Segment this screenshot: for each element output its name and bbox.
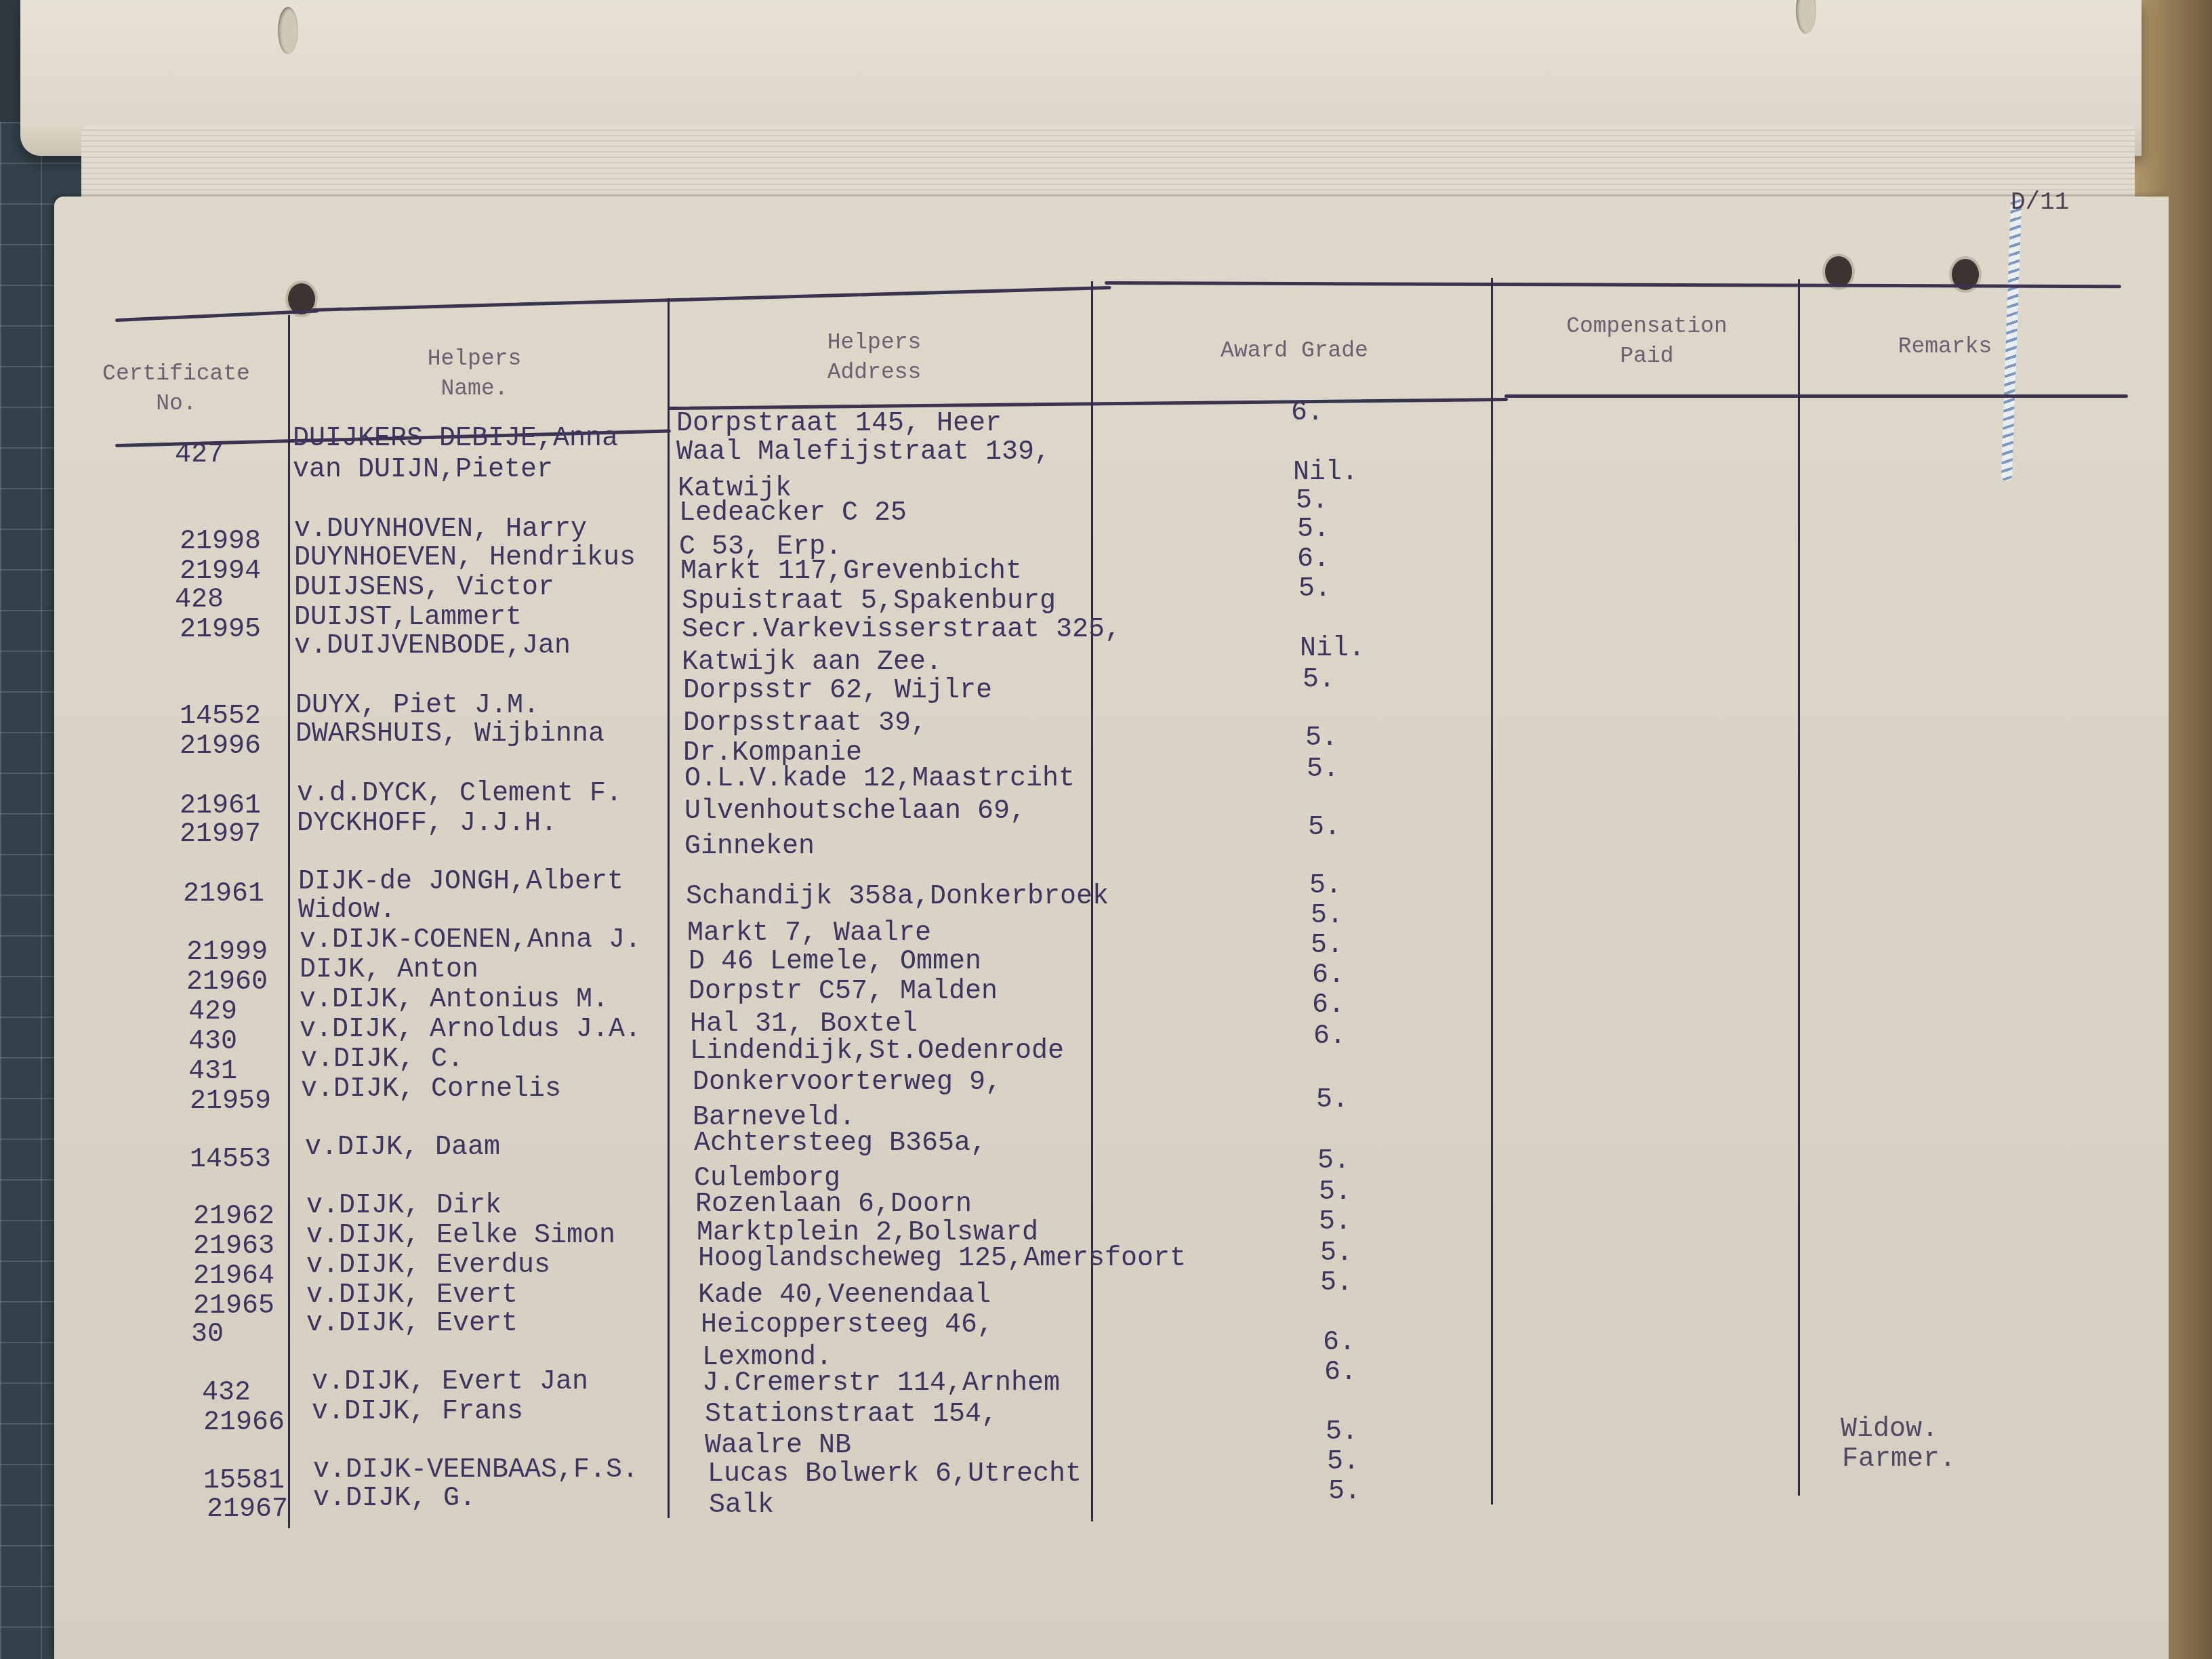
header-bottom-rule [1504,394,2128,398]
helper-name: Widow. [298,896,396,926]
certificate-no: 431 [142,1057,237,1087]
certificate-no: 21997 [166,820,261,850]
helper-address: Rozenlaan 6,Doorn [695,1190,972,1220]
award-grade: 5. [1297,515,1330,545]
helper-address: Markt 7, Waalre [687,919,931,949]
helper-address: Secr.Varkevisserstraat 325, [682,615,1121,645]
helper-address: D 46 Lemele, Ommen [689,947,981,977]
award-grade: 5. [1316,1086,1349,1115]
helper-name: DUYX, Piet J.M. [295,691,539,721]
header-line: Helpers [739,328,1010,358]
certificate-no: 15581 [190,1467,285,1496]
helper-address: Hal 31, Boxtel [690,1010,918,1040]
page-code: D/11 [2011,188,2069,216]
certificate-no: 21963 [180,1232,274,1262]
helper-address: Stationstraat 154, [705,1400,998,1430]
award-grade: Nil. [1300,634,1365,664]
helper-name: DUIJSENS, Victor [294,573,554,603]
certificate-no: 428 [129,586,224,615]
helper-name: v.d.DYCK, Clement F. [297,779,622,809]
award-grade: 5. [1308,813,1340,843]
helper-name: v.DIJK, Cornelis [301,1075,561,1105]
column-divider [1798,279,1800,1496]
helper-name: v.DIJK, C. [301,1045,464,1075]
certificate-no: 21995 [166,615,261,645]
certificate-no: 21965 [180,1292,274,1322]
award-grade: 6. [1313,1022,1346,1052]
certificate-no: 21962 [180,1202,274,1232]
header-line: Name. [339,374,610,404]
helper-name: v.DIJK, Evert [306,1281,518,1311]
header-line: Address [739,358,1010,388]
helper-name: v.DIJK, Daam [305,1133,500,1163]
header-remarks: Remarks [1816,332,2074,362]
certificate-no: 427 [129,441,224,470]
award-grade: Nil. [1293,458,1358,488]
helper-address: Schandijk 358a,Donkerbroek [686,882,1109,912]
header-helpers-name: Helpers Name. [339,344,610,404]
helper-address: O.L.V.kade 12,Maastrciht [684,764,1075,794]
header-line: Remarks [1816,332,2074,362]
header-line: Certificate [95,359,258,389]
award-grade: 5. [1309,872,1342,901]
helper-name: DIJK-de JONGH,Albert [298,867,623,897]
column-divider [1491,278,1493,1504]
header-line: Paid [1511,342,1782,371]
award-grade: 5. [1317,1147,1350,1176]
certificate-no: 21996 [166,732,261,762]
award-grade: 5. [1326,1418,1358,1448]
helper-address: Hooglandscheweg 125,Amersfoort [698,1244,1186,1274]
certificate-no: 21998 [166,527,261,557]
certificate-no: 21999 [173,938,268,968]
award-grade: 5. [1328,1477,1361,1507]
helper-name: DIJK, Anton [300,956,478,985]
header-award-grade: Award Grade [1152,336,1437,366]
punch-hole [278,7,298,54]
helper-address: Ulvenhoutschelaan 69, [684,797,1026,827]
helper-name: DUIJKERS-DEBIJE,Anna [293,424,618,454]
award-grade: 5. [1305,724,1338,754]
helper-address: Waal Malefijstraat 139, [676,438,1050,468]
helper-address: Dorpstr C57, Malden [689,977,998,1007]
award-grade: 5. [1327,1448,1359,1477]
helper-address: Achtersteeg B365a, [694,1129,987,1159]
certificate-no: 30 [129,1320,224,1350]
certificate-no: 21961 [166,792,261,821]
helper-address: J.Cremerstr 114,Arnhem [702,1369,1060,1399]
header-line: Compensation [1511,312,1782,342]
helper-name: DYCKHOFF, J.J.H. [297,809,557,839]
award-grade: 6. [1312,961,1345,991]
award-grade: 5. [1311,901,1343,931]
remark: Farmer. [1842,1445,1956,1475]
helper-name: v.DIJK-COENEN,Anna J. [300,926,641,956]
punch-hole [1796,0,1816,34]
certificate-no: 14553 [176,1145,271,1175]
certificate-no: 430 [142,1027,237,1057]
award-grade: 6. [1323,1328,1355,1358]
award-grade: 5. [1319,1178,1351,1208]
helper-name: v.DIJK, Eelke Simon [306,1221,615,1251]
helper-address: Kade 40,Veenendaal [698,1281,991,1311]
helper-name: v.DIJK, G. [313,1484,476,1514]
award-grade: 6. [1312,991,1345,1021]
helper-address: Waalre NB [705,1431,851,1461]
column-divider [668,298,670,1518]
helper-name: v.DIJK, Frans [312,1397,523,1427]
header-compensation-paid: Compensation Paid [1511,312,1782,371]
award-grade: 6. [1324,1358,1357,1388]
helper-name: v.DIJK, Arnoldus J.A. [300,1015,641,1045]
award-grade: 5. [1303,665,1335,695]
certificate-no: 21960 [173,968,268,998]
helper-address: Heicoppersteeg 46, [701,1311,994,1340]
certificate-no: 14552 [166,702,261,732]
helper-name: v.DIJK, Everdus [306,1251,550,1281]
helper-name: DUYNHOEVEN, Hendrikus [294,544,636,573]
award-grade: 5. [1311,931,1343,961]
certificate-no: 21961 [169,880,264,909]
helper-name: v.DUYNHOVEN, Harry [294,515,587,545]
award-grade: 5. [1307,755,1339,785]
header-line: Helpers [339,344,610,374]
helper-address: Ledeacker C 25 [679,499,907,529]
helper-address: Markt 117,Grevenbicht [680,557,1022,587]
helper-address: Spuistraat 5,Spakenburg [682,587,1056,617]
header-helpers-address: Helpers Address [739,328,1010,388]
certificate-no: 21964 [180,1262,274,1292]
helper-address: Dorpstraat 145, Heer [676,409,1002,439]
helper-address: Salk [709,1491,774,1521]
certificate-no: 432 [156,1378,251,1408]
remark: Widow. [1841,1415,1938,1445]
helper-address: Katwijk aan Zee. [682,648,942,678]
helper-name: v.DIJK, Antonius M. [300,985,609,1015]
helper-address: Dorpsstr 62, Wijlre [683,676,992,706]
certificate-no: 429 [142,998,237,1027]
page-stack-edges [81,125,2135,200]
column-divider [288,315,290,1528]
helper-address: Ginneken [684,832,815,862]
header-line: Award Grade [1152,336,1437,366]
award-grade: 5. [1296,487,1328,516]
helper-name: v.DIJK, Dirk [306,1191,501,1221]
punch-hole-middle [1825,256,1852,287]
certificate-no: 21966 [190,1408,285,1438]
helper-address: Donkervoorterweg 9, [693,1068,1002,1098]
award-grade: 6. [1291,398,1324,428]
helper-address: Lindendijk,St.Oedenrode [690,1037,1064,1067]
helper-name: v.DUIJVENBODE,Jan [294,632,571,661]
helper-name: DWARSHUIS, Wijbinna [295,720,605,750]
certificate-no: 21994 [166,557,261,587]
award-grade: 6. [1297,545,1330,575]
helper-name: v.DIJK-VEENBAAS,F.S. [313,1456,638,1486]
award-grade: 5. [1320,1239,1353,1269]
certificate-no: 21967 [193,1495,288,1525]
award-grade: 5. [1320,1269,1353,1298]
helper-address: Dorpsstraat 39, [683,709,927,739]
helper-name: v.DIJK, Evert Jan [312,1368,588,1397]
header-certificate-no: Certificate No. [95,359,258,419]
helper-address: Lucas Bolwerk 6,Utrecht [708,1460,1082,1490]
helper-name: van DUIJN,Pieter [293,455,553,485]
award-grade: 5. [1298,575,1331,605]
header-line: No. [95,389,258,419]
certificate-no: 21959 [176,1087,271,1117]
helper-name: v.DIJK, Evert [306,1309,518,1339]
award-grade: 5. [1319,1208,1351,1237]
helper-name: DUIJST,Lammert [294,603,522,633]
